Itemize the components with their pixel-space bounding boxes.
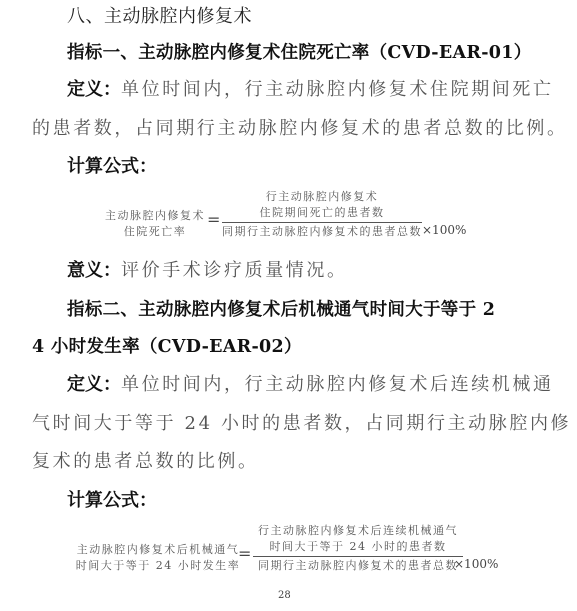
formula-lhs-line2: 时间大于等于 24 小时发生率 bbox=[68, 558, 248, 574]
numerator-line1: 行主动脉腔内修复术后连续机械通气 bbox=[253, 523, 463, 539]
indicator-2-formula: 主动脉腔内修复术后机械通气 时间大于等于 24 小时发生率 = 行主动脉腔内修复… bbox=[0, 0, 577, 611]
multiplier: ×100% bbox=[454, 556, 498, 572]
fraction-bar bbox=[253, 556, 463, 557]
formula-lhs-line1: 主动脉腔内修复术后机械通气 bbox=[68, 542, 248, 558]
formula-lhs: 主动脉腔内修复术后机械通气 时间大于等于 24 小时发生率 bbox=[68, 542, 248, 574]
equals-sign: = bbox=[238, 546, 251, 562]
numerator-line2: 时间大于等于 24 小时的患者数 bbox=[253, 539, 463, 555]
formula-fraction: 行主动脉腔内修复术后连续机械通气 时间大于等于 24 小时的患者数 同期行主动脉… bbox=[253, 523, 463, 574]
denominator: 同期行主动脉腔内修复术的患者总数 bbox=[258, 559, 458, 572]
page-number: 28 bbox=[278, 590, 291, 601]
